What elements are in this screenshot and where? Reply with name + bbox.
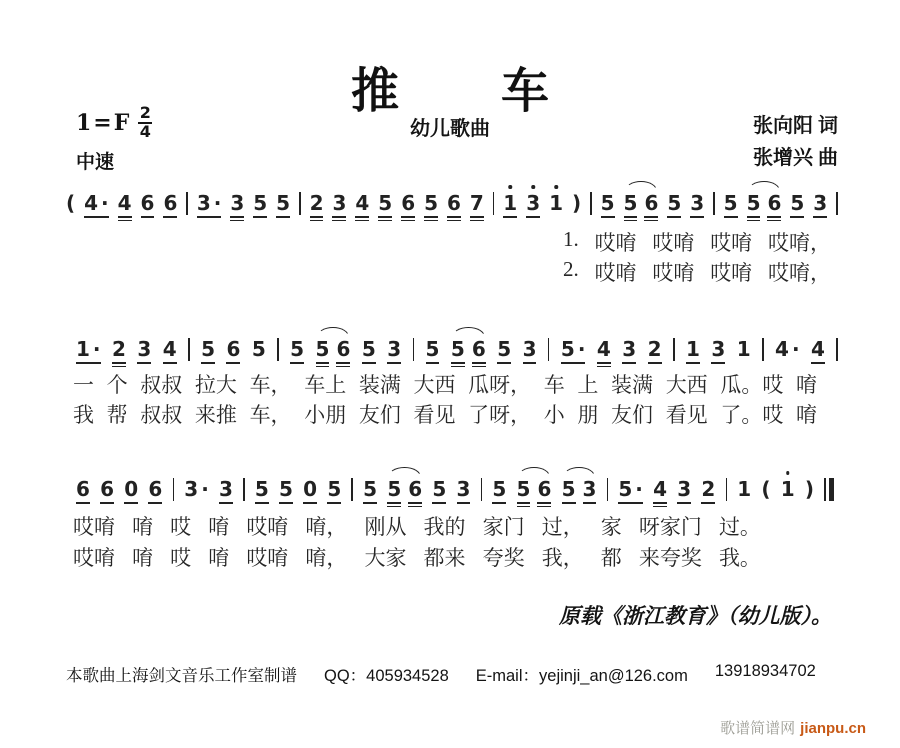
- beam-underline-icon: [401, 220, 415, 222]
- lyric-word: 过。: [719, 511, 761, 541]
- lyric-word: 刚从: [364, 511, 406, 541]
- beam-underline-icon: [447, 216, 461, 218]
- note: 5: [387, 478, 401, 507]
- lyric-word: 帮: [107, 399, 128, 429]
- time-signature: 2 4: [138, 106, 152, 139]
- note-digit: 1: [686, 338, 700, 360]
- note: 1: [737, 478, 751, 500]
- note: 2: [310, 192, 324, 221]
- beam-underline-icon: [332, 220, 346, 222]
- note: 5·: [618, 478, 643, 504]
- beam-underline-icon: [653, 506, 667, 508]
- site-watermark: 歌谱简谱网 jianpu.cn: [720, 717, 866, 738]
- augmentation-dot-icon: ·: [578, 338, 586, 360]
- note-digit: 5: [790, 192, 804, 214]
- note: 1: [503, 192, 517, 218]
- lyric-word: 哎唷: [652, 257, 694, 287]
- slur-group: 53: [562, 478, 597, 504]
- note-digit: 3·: [197, 192, 222, 214]
- note: 5: [667, 192, 681, 218]
- beam-underline-icon: [472, 362, 486, 364]
- note: 5: [252, 338, 266, 360]
- beam-underline-icon: [767, 220, 781, 222]
- note-digit: 1·: [76, 338, 101, 360]
- beam-underline-icon: [526, 216, 540, 218]
- lyric-word: 唷，: [305, 511, 347, 541]
- barline-icon: [762, 338, 764, 361]
- note-digit: 2: [648, 338, 662, 360]
- note: 4·: [775, 338, 800, 360]
- beam-underline-icon: [387, 362, 401, 364]
- lyric-word: 个: [107, 369, 128, 399]
- note-digit: 5: [276, 192, 290, 214]
- note: 1: [781, 478, 795, 500]
- beam-underline-icon: [497, 362, 511, 364]
- note: 4: [653, 478, 667, 507]
- note-digit: 3: [677, 478, 691, 500]
- lyric-word: 拉大: [195, 369, 237, 399]
- studio-contact-footer: 本歌曲上海剑文音乐工作室制谱 QQ：405934528 E-mail：yejin…: [66, 662, 816, 686]
- composer-credit: 张增兴 曲: [753, 142, 838, 174]
- augmentation-dot-icon: ·: [635, 478, 643, 500]
- qq-contact: QQ：405934528: [324, 662, 449, 686]
- lyric-word: 唷，: [305, 542, 347, 572]
- lyric-word: 装满: [359, 369, 401, 399]
- note-digit: 5: [255, 478, 269, 500]
- note-digit: 5: [747, 192, 761, 214]
- beam-underline-icon: [562, 502, 576, 504]
- beam-underline-icon: [226, 362, 240, 364]
- note: 6: [148, 478, 162, 504]
- note: 5: [790, 192, 804, 218]
- note-digit: 5: [252, 338, 266, 360]
- note: 1: [737, 338, 751, 360]
- final-barline-thin-icon: [824, 478, 826, 501]
- note-digit: 1: [737, 338, 751, 360]
- beam-underline-icon: [100, 502, 114, 504]
- note-digit: 6: [141, 192, 155, 214]
- note-digit: 6: [767, 192, 781, 214]
- lyric-word: 哎唷，: [768, 257, 831, 287]
- final-barline-icon: [824, 478, 834, 501]
- note: 5: [624, 192, 638, 221]
- song-title-char-2: 车: [501, 52, 549, 121]
- credits: 张向阳 词 张增兴 曲: [753, 110, 838, 174]
- lyric-word: 唷: [208, 542, 229, 572]
- note-digit: 6: [537, 478, 551, 500]
- slur-arc-icon: [388, 467, 421, 477]
- augmentation-dot-icon: ·: [792, 338, 800, 360]
- note: 0: [303, 478, 317, 504]
- lyric-word: 来夸奖: [639, 542, 702, 572]
- beam-underline-icon: [426, 362, 440, 364]
- lyric-word: 1.: [563, 227, 579, 257]
- lyric-word: 大家: [364, 542, 406, 572]
- beam-underline-icon: [517, 502, 531, 504]
- lyric-word: 哎唷: [246, 542, 288, 572]
- beam-underline-icon: [624, 216, 638, 218]
- note: 5·: [561, 338, 586, 364]
- beam-underline-icon: [336, 362, 350, 364]
- final-barline-thick-icon: [829, 478, 834, 501]
- beam-underline-icon: [355, 216, 369, 218]
- lyric-word: 唷: [796, 399, 817, 429]
- note: 6: [537, 478, 551, 507]
- lyric-word: 友们: [611, 399, 653, 429]
- slur-arc-icon: [317, 327, 350, 337]
- note-digit: 6: [336, 338, 350, 360]
- note: 5: [724, 192, 738, 218]
- beam-underline-icon: [517, 506, 531, 508]
- lyric-word: 了。哎: [720, 399, 783, 429]
- note-digit: 6: [226, 338, 240, 360]
- augmentation-dot-icon: ·: [93, 338, 101, 360]
- beam-underline-icon: [112, 366, 126, 368]
- note: 1: [549, 192, 563, 214]
- beam-underline-icon: [811, 362, 825, 364]
- beam-underline-icon: [597, 362, 611, 364]
- note-digit: 3: [711, 338, 725, 360]
- beam-underline-icon: [424, 220, 438, 222]
- beam-underline-icon: [408, 506, 422, 508]
- lyric-word: 一: [73, 369, 94, 399]
- beam-underline-icon: [124, 502, 138, 504]
- lyric-word: 车: [544, 369, 565, 399]
- note-digit: 5·: [561, 338, 586, 360]
- lyric-word: 友们: [359, 399, 401, 429]
- beam-underline-icon: [137, 362, 151, 364]
- note-digit: 3: [219, 478, 233, 500]
- note: 5: [424, 192, 438, 221]
- note: 5: [517, 478, 531, 507]
- note-digit: 5: [724, 192, 738, 214]
- note: 5: [492, 478, 506, 504]
- note-digit: 5: [253, 192, 267, 214]
- note: 3: [526, 192, 540, 218]
- beam-underline-icon: [451, 366, 465, 368]
- beam-underline-icon: [492, 502, 506, 504]
- lyric-word: 唷: [132, 542, 153, 572]
- note-digit: 5: [517, 478, 531, 500]
- lyric-word: 哎唷: [710, 257, 752, 287]
- note: 2: [648, 338, 662, 364]
- note-digit: 2: [310, 192, 324, 214]
- beam-underline-icon: [327, 502, 341, 504]
- beam-underline-icon: [644, 216, 658, 218]
- sheet-music-page: 推 车 幼儿歌曲 1=F 2 4 中速 张向阳 词 张增兴 曲 (4·4663·…: [0, 0, 900, 748]
- note-digit: 6: [472, 338, 486, 360]
- note: 3: [677, 478, 691, 504]
- beam-underline-icon: [84, 216, 109, 218]
- beam-underline-icon: [537, 506, 551, 508]
- lyric-word: 装满: [611, 369, 653, 399]
- score-line-1: (4·4663·35523456567131)5565355653: [66, 192, 838, 221]
- barline-icon: [481, 478, 483, 501]
- note-digit: 5: [624, 192, 638, 214]
- beam-underline-icon: [424, 216, 438, 218]
- beam-underline-icon: [537, 502, 551, 504]
- note-digit: 1: [781, 478, 795, 500]
- note: 4: [355, 192, 369, 221]
- lyric-word: 看见: [413, 399, 455, 429]
- studio-credit: 本歌曲上海剑文音乐工作室制谱: [66, 662, 297, 686]
- note-digit: 6: [401, 192, 415, 214]
- lyric-word: 哎: [170, 542, 191, 572]
- lyric-word: 我，: [542, 542, 584, 572]
- beam-underline-icon: [622, 362, 636, 364]
- slur-arc-icon: [452, 327, 485, 337]
- note: 3: [457, 478, 471, 504]
- note-digit: 5: [290, 338, 304, 360]
- note: 3: [219, 478, 233, 504]
- note-digit: 4: [118, 192, 132, 214]
- beam-underline-icon: [644, 220, 658, 222]
- beam-underline-icon: [310, 216, 324, 218]
- note-digit: 5: [562, 478, 576, 500]
- octave-dot-icon: [509, 185, 513, 189]
- beam-underline-icon: [408, 502, 422, 504]
- note: 6: [644, 192, 658, 221]
- time-signature-numerator: 2: [140, 106, 151, 120]
- note-digit: 6: [100, 478, 114, 500]
- beam-underline-icon: [163, 362, 177, 364]
- lyric-word: 我的: [424, 511, 466, 541]
- lyrics-outro-verse-2: 哎唷唷哎唷哎唷唷，大家都来夸奖我，都来夸奖我。: [73, 542, 761, 572]
- octave-dot-icon: [786, 471, 790, 475]
- slur-arc-icon: [518, 467, 551, 477]
- beam-underline-icon: [686, 362, 700, 364]
- note-digit: 3: [387, 338, 401, 360]
- lyrics-outro-verse-1: 哎唷唷哎唷哎唷唷，刚从我的家门过，家呀家门过。: [73, 511, 761, 541]
- beam-underline-icon: [303, 502, 317, 504]
- beam-underline-icon: [230, 220, 244, 222]
- note-digit: 3: [583, 478, 597, 500]
- beam-underline-icon: [316, 362, 330, 364]
- note: 6: [447, 192, 461, 221]
- beam-underline-icon: [378, 220, 392, 222]
- lyric-word: 上: [577, 369, 598, 399]
- email-contact: E-mail：yejinji_an@126.com: [476, 662, 688, 686]
- note-digit: 5: [378, 192, 392, 214]
- note-digit: 6: [408, 478, 422, 500]
- beam-underline-icon: [601, 216, 615, 218]
- lyric-word: 哎唷: [652, 227, 694, 257]
- lyric-word: 车，: [250, 369, 292, 399]
- note: 5: [290, 338, 304, 364]
- beam-underline-icon: [378, 216, 392, 218]
- beam-underline-icon: [624, 220, 638, 222]
- slur-group: 56: [451, 338, 486, 367]
- beam-underline-icon: [355, 220, 369, 222]
- note-digit: 5: [492, 478, 506, 500]
- beam-underline-icon: [219, 502, 233, 504]
- note: 5: [279, 478, 293, 504]
- lyric-word: 我: [73, 399, 94, 429]
- beam-underline-icon: [148, 502, 162, 504]
- octave-dot-icon: [531, 185, 535, 189]
- note: 2: [112, 338, 126, 367]
- lyric-word: 家: [601, 511, 622, 541]
- lyric-word: 夸奖: [483, 542, 525, 572]
- note-digit: 6: [148, 478, 162, 500]
- note-digit: 5: [426, 338, 440, 360]
- lyric-word: 哎唷，: [768, 227, 831, 257]
- beam-underline-icon: [112, 362, 126, 364]
- lyric-word: 哎唷: [246, 511, 288, 541]
- lyricist-credit: 张向阳 词: [753, 110, 838, 142]
- lyric-word: 我。: [719, 542, 761, 572]
- beam-underline-icon: [163, 216, 177, 218]
- note: 3: [813, 192, 827, 218]
- note: 1: [686, 338, 700, 364]
- note: 6: [76, 478, 90, 504]
- note-digit: 3: [813, 192, 827, 214]
- note-digit: 5: [601, 192, 615, 214]
- note: 5: [362, 338, 376, 364]
- note: 3: [230, 192, 244, 221]
- beam-underline-icon: [503, 216, 517, 218]
- beam-underline-icon: [141, 216, 155, 218]
- tempo-marking: 中速: [76, 147, 114, 174]
- note: 6: [100, 478, 114, 504]
- note: 3·: [197, 192, 222, 218]
- lyric-word: 哎唷: [73, 511, 115, 541]
- parenthesis: ): [805, 478, 814, 500]
- beam-underline-icon: [336, 366, 350, 368]
- beam-underline-icon: [472, 366, 486, 368]
- note: 5: [426, 338, 440, 364]
- note: 3: [332, 192, 346, 221]
- lyric-word: 哎唷: [710, 227, 752, 257]
- score-line-3: 66063·3550555653556535·4321(1): [76, 478, 834, 507]
- beam-underline-icon: [332, 216, 346, 218]
- beam-underline-icon: [197, 216, 222, 218]
- note-digit: 2: [701, 478, 715, 500]
- note-digit: 5: [387, 478, 401, 500]
- note-digit: 5: [432, 478, 446, 500]
- note-digit: 4: [163, 338, 177, 360]
- note: 3: [137, 338, 151, 364]
- note-digit: 5·: [618, 478, 643, 500]
- note-digit: 3: [523, 338, 537, 360]
- parenthesis: (: [761, 478, 770, 500]
- note-digit: 7: [470, 192, 484, 214]
- barline-icon: [277, 338, 279, 361]
- note: 6: [141, 192, 155, 218]
- slur-arc-icon: [625, 181, 658, 191]
- note: 6: [408, 478, 422, 507]
- note: 3: [690, 192, 704, 218]
- note-digit: 3: [137, 338, 151, 360]
- note: 3·: [184, 478, 209, 500]
- lyric-word: 小: [544, 399, 565, 429]
- beam-underline-icon: [597, 366, 611, 368]
- beam-underline-icon: [457, 502, 471, 504]
- lyric-word: 叔叔: [140, 369, 182, 399]
- beam-underline-icon: [118, 216, 132, 218]
- lyric-word: 来推: [195, 399, 237, 429]
- note: 5: [363, 478, 377, 504]
- beam-underline-icon: [253, 216, 267, 218]
- note: 5: [432, 478, 446, 504]
- note-digit: 3: [622, 338, 636, 360]
- lyric-word: 大西: [666, 369, 708, 399]
- beam-underline-icon: [255, 502, 269, 504]
- beam-underline-icon: [362, 362, 376, 364]
- lyric-word: 哎唷: [595, 257, 637, 287]
- beam-underline-icon: [677, 502, 691, 504]
- slur-group: 56: [387, 478, 422, 507]
- key-label: 1=F: [76, 110, 131, 136]
- note-digit: 5: [327, 478, 341, 500]
- key-signature: 1=F 2 4: [76, 106, 152, 139]
- note-digit: 5: [316, 338, 330, 360]
- note-digit: 6: [163, 192, 177, 214]
- note-digit: 4: [653, 478, 667, 500]
- beam-underline-icon: [701, 502, 715, 504]
- note-digit: 6: [447, 192, 461, 214]
- beam-underline-icon: [387, 502, 401, 504]
- lyric-word: 都来: [424, 542, 466, 572]
- note: 4: [163, 338, 177, 364]
- note-digit: 5: [451, 338, 465, 360]
- slur-group: 56: [316, 338, 351, 367]
- note-digit: 3: [332, 192, 346, 214]
- note-digit: 5: [667, 192, 681, 214]
- beam-underline-icon: [310, 220, 324, 222]
- beam-underline-icon: [76, 502, 90, 504]
- note: 5: [378, 192, 392, 221]
- publication-source-note: 原载《浙江教育》（幼儿版）。: [559, 600, 832, 630]
- lyric-word: 都: [601, 542, 622, 572]
- lyric-word: 呀家门: [639, 511, 702, 541]
- beam-underline-icon: [618, 502, 643, 504]
- note-digit: 5: [279, 478, 293, 500]
- augmentation-dot-icon: ·: [101, 192, 109, 214]
- barline-icon: [607, 478, 609, 501]
- barline-icon: [726, 478, 728, 501]
- slur-group: 56: [517, 478, 552, 507]
- barline-icon: [548, 338, 550, 361]
- lyric-word: 2.: [563, 257, 579, 287]
- lyric-word: 瓜。哎: [720, 369, 783, 399]
- lyric-word: 哎唷: [73, 542, 115, 572]
- beam-underline-icon: [790, 216, 804, 218]
- lyric-word: 瓜呀，: [468, 369, 531, 399]
- lyrics-verse-2: 我帮叔叔来推车，小朋友们看见了呀，小朋友们看见了。哎唷: [73, 399, 817, 429]
- beam-underline-icon: [447, 220, 461, 222]
- beam-underline-icon: [523, 362, 537, 364]
- note: 3: [583, 478, 597, 504]
- note-digit: 3: [526, 192, 540, 214]
- time-signature-denominator: 4: [140, 125, 151, 139]
- beam-underline-icon: [118, 220, 132, 222]
- note: 6: [401, 192, 415, 221]
- lyric-word: 唷: [208, 511, 229, 541]
- beam-underline-icon: [667, 216, 681, 218]
- barline-icon: [836, 338, 838, 361]
- note: 4: [811, 338, 825, 364]
- note-digit: 3: [690, 192, 704, 214]
- lyric-word: 车，: [250, 399, 292, 429]
- parenthesis: (: [66, 192, 75, 214]
- note-digit: 0: [124, 478, 138, 500]
- note-digit: 4: [597, 338, 611, 360]
- note: 5: [276, 192, 290, 218]
- beam-underline-icon: [432, 502, 446, 504]
- note: 5: [316, 338, 330, 367]
- note: 4: [118, 192, 132, 221]
